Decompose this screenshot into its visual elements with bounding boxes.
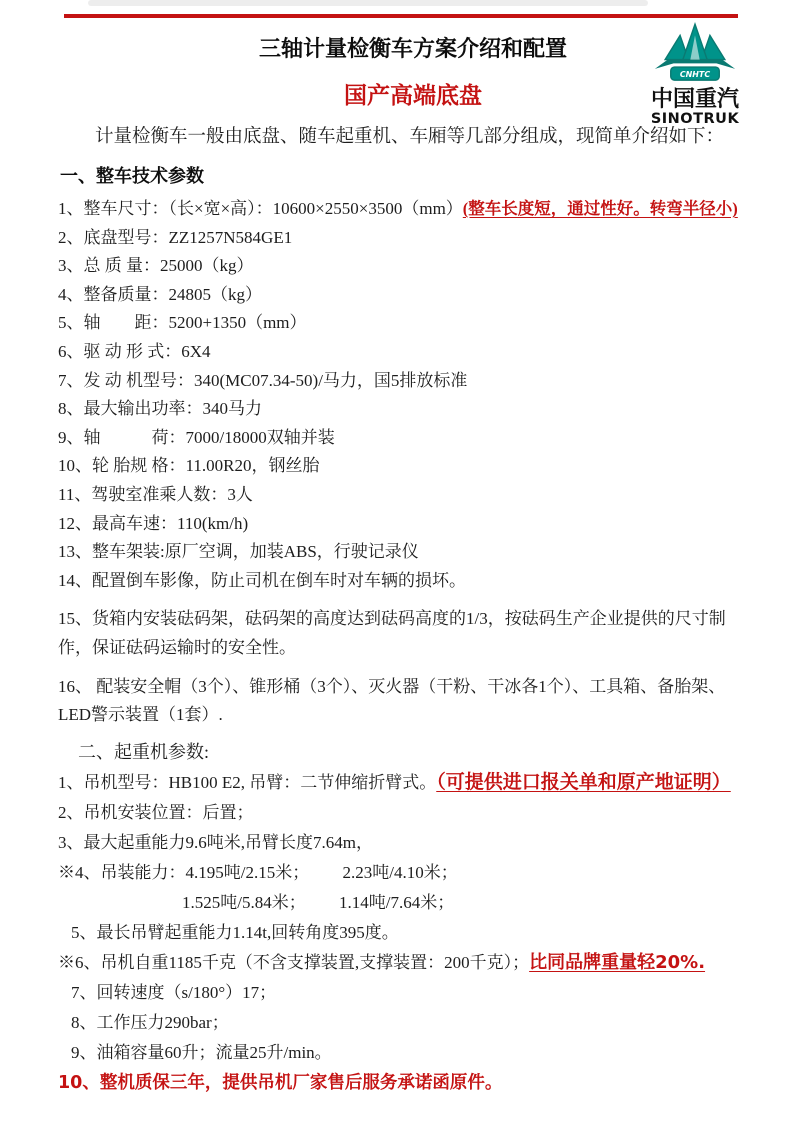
vehicle-spec-1: 1、整车尺寸：（长×宽×高）：10600×2550×3500（mm）(整车长度短… bbox=[58, 195, 740, 224]
crane-spec-4-value-1: 4.195吨/2.15米； bbox=[186, 858, 343, 888]
vehicle-spec-7: 7、发 动 机型号：340(MC07.34-50)/马力，国5排放标准 bbox=[58, 367, 740, 396]
crane-spec-3: 3、最大起重能力9.6吨米,吊臂长度7.64m， bbox=[58, 828, 740, 858]
crane-spec-4-value-4: 1.14吨/7.64米； bbox=[339, 893, 454, 912]
vehicle-spec-5: 5、轴 距：5200+1350（mm） bbox=[58, 309, 740, 338]
vehicle-spec-11: 11、驾驶室准乘人数：3人 bbox=[58, 481, 740, 510]
vehicle-spec-2: 2、底盘型号：ZZ1257N584GE1 bbox=[58, 224, 740, 253]
vehicle-spec-13: 13、整车架装:原厂空调，加装ABS，行驶记录仪 bbox=[58, 538, 740, 567]
crane-spec-6-text: ※6、吊机自重1185千克（不含支撑装置,支撑装置：200千克）； bbox=[58, 953, 529, 972]
crane-spec-1-red-note: （可提供进口报关单和原产地证明） bbox=[436, 771, 731, 793]
crane-spec-7: 7、回转速度（s/180°）17； bbox=[58, 978, 740, 1008]
crane-spec-6-red-note: 比同品牌重量轻20%. bbox=[529, 952, 705, 973]
vehicle-spec-12: 12、最高车速：110(km/h) bbox=[58, 510, 740, 539]
crane-spec-6: ※6、吊机自重1185千克（不含支撑装置,支撑装置：200千克）；比同品牌重量轻… bbox=[58, 948, 740, 978]
page-title: 三轴计量检衡车方案介绍和配置 bbox=[0, 32, 800, 63]
crane-spec-4-value-2: 2.23吨/4.10米； bbox=[343, 863, 458, 882]
vehicle-spec-3: 3、总 质 量：25000（kg） bbox=[58, 252, 740, 281]
document-page: 三轴计量检衡车方案介绍和配置 国产高端底盘 计量检衡车一般由底盘、随车起重机、车… bbox=[0, 26, 800, 1098]
crane-spec-4: ※4、吊装能力：4.195吨/2.15米；2.23吨/4.10米； bbox=[58, 858, 740, 888]
vehicle-spec-14: 14、配置倒车影像，防止司机在倒车时对车辆的损坏。 bbox=[58, 567, 740, 596]
vehicle-spec-8: 8、最大输出功率：340马力 bbox=[58, 395, 740, 424]
crane-spec-10: 10、整机质保三年，提供吊机厂家售后服务承诺函原件。 bbox=[58, 1068, 740, 1098]
crane-spec-list: 1、吊机型号：HB100 E2, 吊臂：二节伸缩折臂式。（可提供进口报关单和原产… bbox=[58, 767, 740, 1098]
section2-heading: 二、起重机参数: bbox=[58, 737, 740, 767]
crane-spec-4-label: ※4、吊装能力： bbox=[58, 863, 186, 882]
crane-spec-1-text: 1、吊机型号：HB100 E2, 吊臂：二节伸缩折臂式。 bbox=[58, 773, 436, 792]
crane-spec-2: 2、吊机安装位置：后置； bbox=[58, 798, 740, 828]
vehicle-spec-16: 16、 配装安全帽（3个）、锥形桶（3个）、灭火器（干粉、干冰各1个）、工具箱、… bbox=[58, 673, 740, 730]
vehicle-spec-9: 9、轴 荷：7000/18000双轴并装 bbox=[58, 424, 740, 453]
crane-spec-9: 9、油箱容量60升；流量25升/min。 bbox=[58, 1038, 740, 1068]
section1-heading: 一、整车技术参数 bbox=[60, 162, 740, 188]
top-red-rule bbox=[64, 14, 738, 18]
scan-artifact bbox=[88, 0, 648, 6]
vehicle-spec-4: 4、整备质量：24805（kg） bbox=[58, 281, 740, 310]
vehicle-spec-1-text: 1、整车尺寸：（长×宽×高）：10600×2550×3500（mm） bbox=[58, 199, 463, 218]
crane-spec-4-value-3: 1.525吨/5.84米； bbox=[182, 888, 339, 918]
vehicle-spec-6: 6、驱 动 形 式：6X4 bbox=[58, 338, 740, 367]
vehicle-spec-15: 15、货箱内安装砝码架，砝码架的高度达到砝码高度的1/3，按砝码生产企业提供的尺… bbox=[58, 605, 740, 662]
page-subtitle: 国产高端底盘 bbox=[0, 77, 800, 110]
vehicle-spec-10: 10、轮 胎规 格：11.00R20，钢丝胎 bbox=[58, 452, 740, 481]
intro-paragraph: 计量检衡车一般由底盘、随车起重机、车厢等几部分组成，现简单介绍如下： bbox=[60, 125, 740, 149]
vehicle-spec-list: 1、整车尺寸：（长×宽×高）：10600×2550×3500（mm）(整车长度短… bbox=[58, 195, 740, 730]
crane-spec-1: 1、吊机型号：HB100 E2, 吊臂：二节伸缩折臂式。（可提供进口报关单和原产… bbox=[58, 767, 740, 798]
crane-spec-4-continued: 1.525吨/5.84米；1.14吨/7.64米； bbox=[58, 888, 740, 918]
crane-spec-5: 5、最长吊臂起重能力1.14t,回转角度395度。 bbox=[58, 918, 740, 948]
crane-spec-8: 8、工作压力290bar； bbox=[58, 1008, 740, 1038]
vehicle-spec-1-red-note: (整车长度短，通过性好。转弯半径小) bbox=[463, 199, 738, 218]
